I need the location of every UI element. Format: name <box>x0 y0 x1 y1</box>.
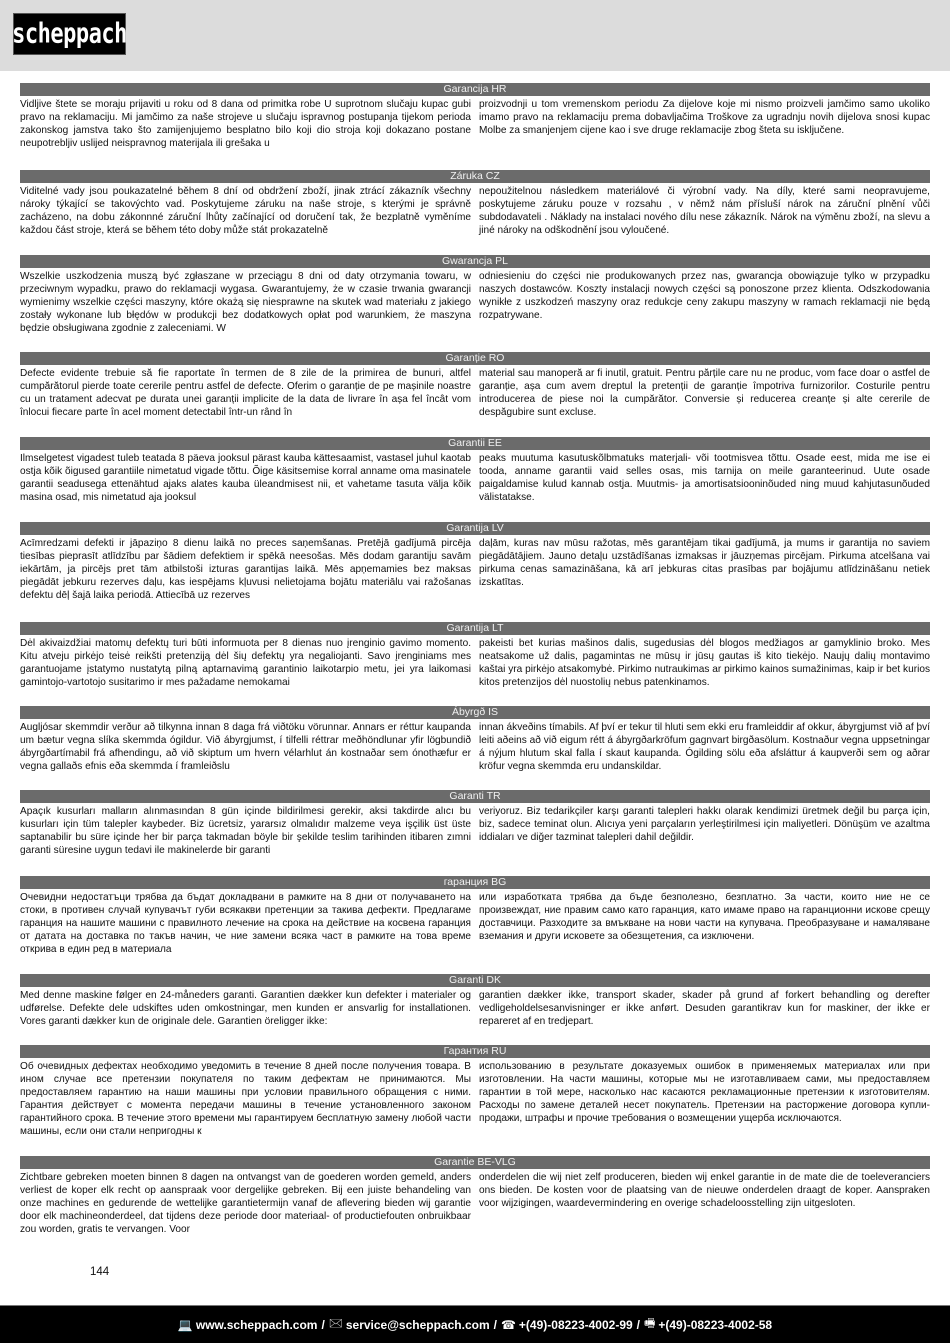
section-text-left: Dėl akivaizdžiai matomų defektų turi būt… <box>20 637 471 689</box>
section-lv: Garantija LV Acīmredzami defekti ir jāpa… <box>20 522 930 622</box>
section-text-right: peaks muutuma kasutuskõlbmatuks materjal… <box>479 452 930 504</box>
section-be-vlg: Garantie BE-VLG Zichtbare gebreken moete… <box>20 1156 930 1241</box>
header-band: scheppach <box>0 0 950 71</box>
separator: / <box>321 1318 324 1332</box>
section-title: Garanti TR <box>20 790 930 803</box>
section-text-right: использованию в результате доказуемых ош… <box>479 1060 930 1139</box>
fax-number: +(49)-08223-4002-58 <box>658 1318 772 1332</box>
section-text-right: garantien dækker ikke, transport skader,… <box>479 989 930 1028</box>
fax-icon: 🖷 <box>644 1314 655 1335</box>
section-ro: Garanție RO Defecte evidente trebuie să … <box>20 352 930 437</box>
section-text-left: Zichtbare gebreken moeten binnen 8 dagen… <box>20 1171 471 1236</box>
email-link[interactable]: service@scheppach.com <box>346 1318 490 1332</box>
section-title: Garantija LT <box>20 622 930 635</box>
section-title: Garantija LV <box>20 522 930 535</box>
section-title: Garanție RO <box>20 352 930 365</box>
computer-icon: 💻 <box>178 1318 193 1332</box>
phone-icon: ☎ <box>501 1318 516 1332</box>
section-text-left: Acīmredzami defekti ir jāpaziņo 8 dienu … <box>20 537 471 602</box>
section-text-right: innan ákveðins tímabils. Af því er tekur… <box>479 721 930 773</box>
section-ee: Garantii EE Ilmselgetest vigadest tuleb … <box>20 437 930 522</box>
section-text-right: или изработката трябва да бъде безполезн… <box>479 891 930 956</box>
section-text-left: Defecte evidente trebuie să fie raportat… <box>20 367 471 419</box>
section-is: Ábyrgð IS Augljósar skemmdir verður að t… <box>20 706 930 790</box>
section-dk: Garanti DK Med denne maskine følger en 2… <box>20 974 930 1045</box>
section-pl: Gwarancja PL Wszelkie uszkodzenia muszą … <box>20 255 930 352</box>
section-title: Garanti DK <box>20 974 930 987</box>
section-text-left: Augljósar skemmdir verður að tilkynna in… <box>20 721 471 773</box>
warranty-sections: Garancija HR Vidljive štete se moraju pr… <box>20 83 930 1241</box>
phone-number: +(49)-08223-4002-99 <box>519 1318 633 1332</box>
section-tr: Garanti TR Apaçık kusurları malların alı… <box>20 790 930 876</box>
separator: / <box>637 1318 640 1332</box>
section-text-right: proizvodnji u tom vremenskom periodu Za … <box>479 98 930 150</box>
section-text-right: material sau manoperă ar fi inutil, grat… <box>479 367 930 419</box>
section-text-left: Wszelkie uszkodzenia muszą być zgłaszane… <box>20 270 471 335</box>
section-text-right: odniesieniu do części nie produkowanych … <box>479 270 930 335</box>
section-text-left: Vidljive štete se moraju prijaviti u rok… <box>20 98 471 150</box>
section-ru: Гарантия RU Об очевидных дефектах необхо… <box>20 1045 930 1156</box>
section-title: Záruka CZ <box>20 170 930 183</box>
section-text-right: veriyoruz. Biz tedarikçiler karşı garant… <box>479 805 930 857</box>
section-text-right: nepoužitelnou následkem materiálové či v… <box>479 185 930 237</box>
section-title: Гарантия RU <box>20 1045 930 1058</box>
section-text-right: onderdelen die wij niet zelf produceren,… <box>479 1171 930 1236</box>
section-title: гаранция BG <box>20 876 930 889</box>
section-title: Garancija HR <box>20 83 930 96</box>
mail-icon: 🖂 <box>329 1314 343 1335</box>
scheppach-logo: scheppach <box>13 13 126 55</box>
section-text-left: Об очевидных дефектах необходимо уведоми… <box>20 1060 471 1139</box>
section-text-left: Очевидни недостатъци трябва да бъдат док… <box>20 891 471 956</box>
section-text-left: Viditelné vady jsou poukazatelné během 8… <box>20 185 471 237</box>
section-title: Gwarancja PL <box>20 255 930 268</box>
footer-contact-bar: 💻 www.scheppach.com / 🖂 service@scheppac… <box>0 1305 950 1343</box>
section-text-left: Apaçık kusurları malların alınmasından 8… <box>20 805 471 857</box>
section-text-left: Med denne maskine følger en 24-måneders … <box>20 989 471 1028</box>
section-text-right: daļām, kuras nav mūsu ražotas, mēs garan… <box>479 537 930 602</box>
page-number: 144 <box>90 1266 109 1278</box>
section-title: Ábyrgð IS <box>20 706 930 719</box>
section-title: Garantie BE-VLG <box>20 1156 930 1169</box>
section-text-right: pakeisti bet kurias mašinos dalis, suged… <box>479 637 930 689</box>
section-text-left: Ilmselgetest vigadest tuleb teatada 8 pä… <box>20 452 471 504</box>
section-bg: гаранция BG Очевидни недостатъци трябва … <box>20 876 930 974</box>
separator: / <box>494 1318 497 1332</box>
section-cz: Záruka CZ Viditelné vady jsou poukazatel… <box>20 170 930 255</box>
section-lt: Garantija LT Dėl akivaizdžiai matomų def… <box>20 622 930 706</box>
website-link[interactable]: www.scheppach.com <box>196 1318 318 1332</box>
section-hr: Garancija HR Vidljive štete se moraju pr… <box>20 83 930 170</box>
section-title: Garantii EE <box>20 437 930 450</box>
logo-text: scheppach <box>12 18 127 49</box>
